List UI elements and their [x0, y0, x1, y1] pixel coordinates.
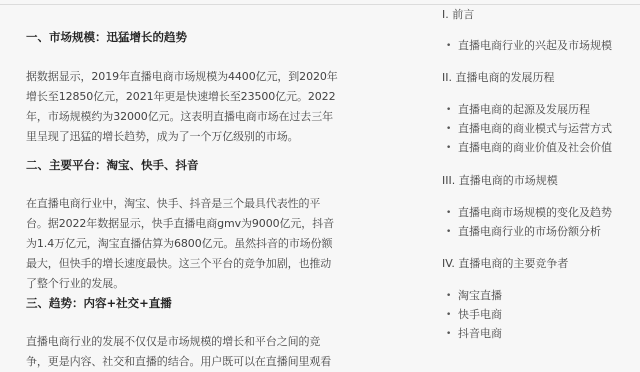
outline-item: •淘宝直播 [442, 288, 502, 304]
outline-item: •直播电商行业的市场份额分析 [442, 224, 601, 240]
section-title-trends: 三、趋势：内容+社交+直播 [26, 294, 172, 312]
outline-heading-competitors: IV. 直播电商的主要竞争者 [442, 256, 568, 272]
bullet-icon: • [446, 307, 458, 323]
outline-heading-intro: I. 前言 [442, 7, 474, 23]
outline-item: •快手电商 [442, 307, 502, 323]
outline-item: •直播电商的商业价值及社会价值 [442, 140, 612, 156]
outline-item: •直播电商的起源及发展历程 [442, 102, 590, 118]
outline-item-label: 直播电商行业的市场份额分析 [458, 225, 601, 238]
outline-item: •抖音电商 [442, 326, 502, 342]
bullet-icon: • [446, 102, 458, 118]
outline-item-label: 直播电商的起源及发展历程 [458, 103, 590, 116]
section-body-platforms: 在直播电商行业中，淘宝、快手、抖音是三个最具代表性的平台。据2022年数据显示，… [26, 194, 342, 294]
outline-item-label: 直播电商的商业价值及社会价值 [458, 141, 612, 154]
section-body-trends: 直播电商行业的发展不仅仅是市场规模的增长和平台之间的竞争，更是内容、社交和直播的… [26, 332, 342, 354]
outline-item-label: 直播电商的商业模式与运营方式 [458, 122, 612, 135]
bullet-icon: • [446, 121, 458, 137]
bullet-icon: • [446, 38, 458, 54]
outline-item: •直播电商行业的兴起及市场规模 [442, 38, 612, 54]
outline-item-label: 直播电商行业的兴起及市场规模 [458, 39, 612, 52]
outline-item: •直播电商市场规模的变化及趋势 [442, 205, 612, 221]
bullet-icon: • [446, 205, 458, 221]
section-title-market-size: 一、市场规模：迅猛增长的趋势 [26, 28, 187, 46]
outline-item: •直播电商的商业模式与运营方式 [442, 121, 612, 137]
outline-item-label: 抖音电商 [458, 327, 502, 340]
bullet-icon: • [446, 224, 458, 240]
outline-item-label: 直播电商市场规模的变化及趋势 [458, 206, 612, 219]
outline-item-label: 淘宝直播 [458, 289, 502, 302]
bullet-icon: • [446, 288, 458, 304]
document-view: 一、市场规模：迅猛增长的趋势 据数据显示，2019年直播电商市场规模为4400亿… [0, 0, 640, 354]
outline-heading-history: II. 直播电商的发展历程 [442, 70, 554, 86]
outline-panel: I. 前言 •直播电商行业的兴起及市场规模 II. 直播电商的发展历程 •直播电… [442, 0, 640, 354]
section-body-market-size: 据数据显示，2019年直播电商市场规模为4400亿元，到2020年增长至1285… [26, 67, 342, 147]
section-title-platforms: 二、主要平台：淘宝、快手、抖音 [26, 156, 199, 174]
bullet-icon: • [446, 140, 458, 156]
bullet-icon: • [446, 326, 458, 342]
outline-item-label: 快手电商 [458, 308, 502, 321]
outline-heading-market-size: III. 直播电商的市场规模 [442, 173, 558, 189]
